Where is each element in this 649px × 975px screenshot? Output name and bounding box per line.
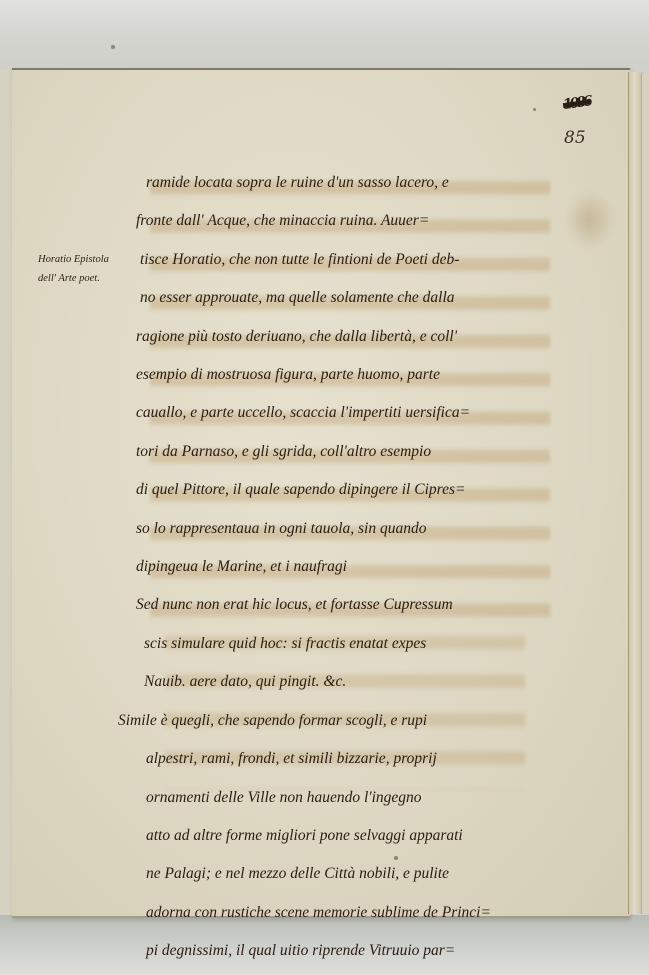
text-line: ne Palagi; e nel mezzo delle Città nobil… bbox=[110, 855, 590, 893]
text-line: alpestri, rami, frondi, et simili bizzar… bbox=[110, 740, 590, 778]
text-line: fronte dall' Acque, che minaccia ruina. … bbox=[110, 202, 590, 240]
text-line: no esser approuate, ma quelle solamente … bbox=[110, 279, 590, 317]
page-stack-edge-outer bbox=[641, 74, 649, 914]
text-line: dipingeua le Marine, et i naufragi bbox=[110, 548, 590, 586]
text-line: so lo rappresentaua in ogni tauola, sin … bbox=[110, 510, 590, 548]
text-line: esempio di mostruosa figura, parte huomo… bbox=[110, 356, 590, 394]
text-line: Sed nunc non erat hic locus, et fortasse… bbox=[110, 586, 590, 624]
text-line: adorna con rustiche scene memorie sublim… bbox=[110, 894, 590, 932]
text-line: Simile è quegli, che sapendo formar scog… bbox=[110, 702, 590, 740]
text-line: di quel Pittore, il quale sapendo diping… bbox=[110, 471, 590, 509]
text-line: cauallo, e parte uccello, scaccia l'impe… bbox=[110, 394, 590, 432]
text-line: pi degnissimi, il qual uitio riprende Vi… bbox=[110, 932, 590, 970]
text-line: atto ad altre forme migliori pone selvag… bbox=[110, 817, 590, 855]
text-line: ragione più tosto deriuano, che dalla li… bbox=[110, 318, 590, 356]
text-line: ornamenti delle Ville non hauendo l'inge… bbox=[110, 779, 590, 817]
text-line: tori da Parnaso, e gli sgrida, coll'altr… bbox=[110, 433, 590, 471]
text-line: tisce Horatio, che non tutte le fintioni… bbox=[110, 241, 590, 279]
dust-spot bbox=[111, 45, 115, 49]
dust-spot bbox=[533, 108, 536, 111]
text-line: Nauib. aere dato, qui pingit. &c. bbox=[110, 663, 590, 701]
text-line: ramide locata sopra le ruine d'un sasso … bbox=[110, 164, 590, 202]
manuscript-text: ramide locata sopra le ruine d'un sasso … bbox=[110, 164, 590, 971]
text-line: scis simulare quid hoc: si fractis enata… bbox=[110, 625, 590, 663]
folio-number: 85 bbox=[564, 128, 586, 148]
